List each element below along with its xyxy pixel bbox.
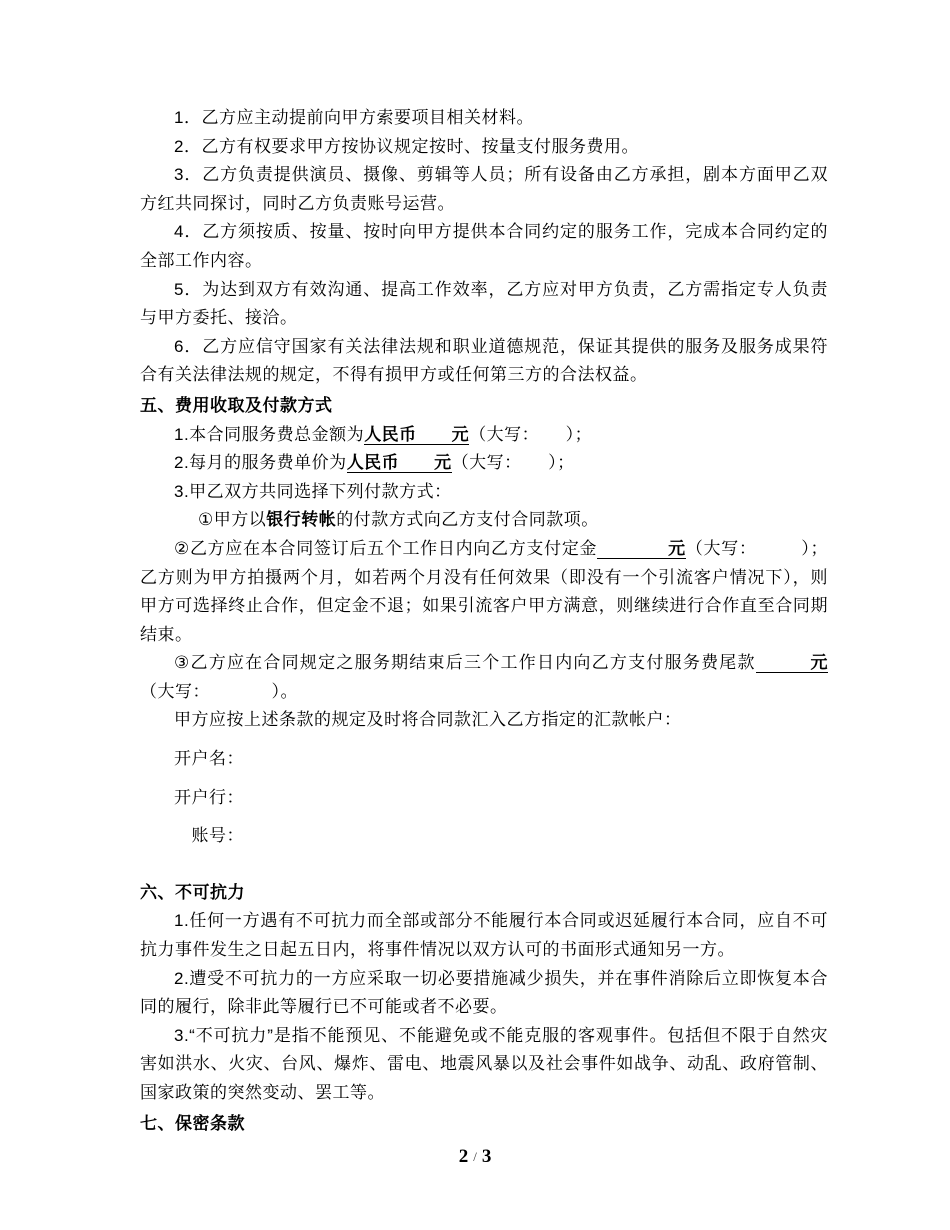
text-segment: 1.任何一方遇有不可抗力而全部或部分不能履行本合同或迟延履行本合同，应自不可抗力… [140,911,828,959]
text-segment: 五、费用收取及付款方式 [140,396,333,415]
clause-item-4: 4．乙方须按质、按量、按时向甲方提供本合同约定的服务工作，完成本合同约定的全部工… [140,218,828,275]
text-segment: 3.甲乙双方共同选择下列付款方式： [174,482,452,501]
payment-method-3: ③乙方应在合同规定之服务期结束后三个工作日内向乙方支付服务费尾款 元（大写： ）… [140,649,828,706]
account-number-label: 账号： [140,822,828,851]
force-majeure-1: 1.任何一方遇有不可抗力而全部或部分不能履行本合同或迟延履行本合同，应自不可抗力… [140,907,828,964]
text-segment: 六、不可抗力 [140,883,245,902]
text-segment: 甲方应按上述条款的规定及时将合同款汇入乙方指定的汇款帐户： [174,710,682,729]
fee-item-3: 3.甲乙双方共同选择下列付款方式： [140,478,828,507]
text-segment: 开户行： [174,788,244,807]
fill-in-blank: 元 [668,539,686,559]
text-segment: 的付款方式向乙方支付合同款项。 [336,510,599,529]
document-page: 1．乙方应主动提前向甲方索要项目相关材料。2．乙方有权要求甲方按协议规定按时、按… [0,0,950,1230]
fill-in-blank: 人民币 元 [364,425,469,445]
page-number-separator: / [473,1149,477,1164]
section-heading-6: 六、不可抗力 [140,879,828,908]
clause-item-6: 6．乙方应信守国家有关法律法规和职业道德规范，保证其提供的服务及服务成果符合有关… [140,333,828,390]
text-segment: 2.遭受不可抗力的一方应采取一切必要措施减少损失，并在事件消除后立即恢复本合同的… [140,969,828,1017]
clause-item-3: 3．乙方负责提供演员、摄像、剪辑等人员；所有设备由乙方承担，剧本方面甲乙双方红共… [140,161,828,218]
text-segment: 2.每月的服务费单价为 [174,453,347,472]
section-heading-7: 七、保密条款 [140,1110,828,1139]
page-number-total: 3 [482,1146,492,1167]
text-segment: （大写： ）； [452,453,575,472]
clause-item-5: 5．为达到双方有效沟通、提高工作效率，乙方应对甲方负责，乙方需指定专人负责与甲方… [140,276,828,333]
text-segment: 银行转帐 [266,510,336,529]
fee-item-2: 2.每月的服务费单价为人民币 元（大写： ）； [140,449,828,478]
account-name-label: 开户名： [140,745,828,774]
fill-in-blank: 元 [811,653,829,673]
text-segment: 账号： [174,826,244,845]
clause-item-2: 2．乙方有权要求甲方按协议规定按时、按量支付服务费用。 [140,133,828,162]
page-footer: 2/3 [0,1146,950,1168]
text-segment: ③乙方应在合同规定之服务期结束后三个工作日内向乙方支付服务费尾款 [174,653,756,672]
force-majeure-3: 3.“不可抗力”是指不能预见、不能避免或不能克服的客观事件。包括但不限于自然灾害… [140,1022,828,1108]
text-segment: 3．乙方负责提供演员、摄像、剪辑等人员；所有设备由乙方承担，剧本方面甲乙双方红共… [140,165,828,213]
section-heading-5: 五、费用收取及付款方式 [140,392,828,421]
fill-in-blank: 人民币 元 [347,453,452,473]
fill-in-blank [756,653,811,673]
text-segment: 3.“不可抗力”是指不能预见、不能避免或不能克服的客观事件。包括但不限于自然灾害… [140,1026,828,1102]
payment-method-2: ②乙方应在本合同签订后五个工作日内向乙方支付定金 元（大写： ）；乙方则为甲方拍… [140,535,828,649]
text-segment: 开户名： [174,749,244,768]
fill-in-blank [597,539,668,559]
text-segment: 七、保密条款 [140,1114,245,1133]
text-segment: 5．为达到双方有效沟通、提高工作效率，乙方应对甲方负责，乙方需指定专人负责与甲方… [140,280,828,328]
payment-method-1: ①甲方以银行转帐的付款方式向乙方支付合同款项。 [140,506,828,535]
text-segment: 2．乙方有权要求甲方按协议规定按时、按量支付服务费用。 [174,137,639,156]
text-segment: ①甲方以 [198,510,266,529]
text-segment: ②乙方应在本合同签订后五个工作日内向乙方支付定金 [174,539,597,558]
clause-item-1: 1．乙方应主动提前向甲方索要项目相关材料。 [140,104,828,133]
text-segment: （大写： ）。 [140,682,298,701]
fee-item-1: 1.本合同服务费总金额为人民币 元（大写： ）； [140,421,828,450]
remittance-note: 甲方应按上述条款的规定及时将合同款汇入乙方指定的汇款帐户： [140,706,828,735]
bank-name-label: 开户行： [140,784,828,813]
page-number-current: 2 [459,1146,469,1167]
text-segment: （大写： ）； [469,425,592,444]
text-segment: 4．乙方须按质、按量、按时向甲方提供本合同约定的服务工作，完成本合同约定的全部工… [140,222,828,270]
document-body: 1．乙方应主动提前向甲方索要项目相关材料。2．乙方有权要求甲方按协议规定按时、按… [140,104,828,1138]
text-segment: 1.本合同服务费总金额为 [174,425,364,444]
text-segment: 1．乙方应主动提前向甲方索要项目相关材料。 [174,108,534,127]
force-majeure-2: 2.遭受不可抗力的一方应采取一切必要措施减少损失，并在事件消除后立即恢复本合同的… [140,965,828,1022]
text-segment: 6．乙方应信守国家有关法律法规和职业道德规范，保证其提供的服务及服务成果符合有关… [140,337,828,385]
